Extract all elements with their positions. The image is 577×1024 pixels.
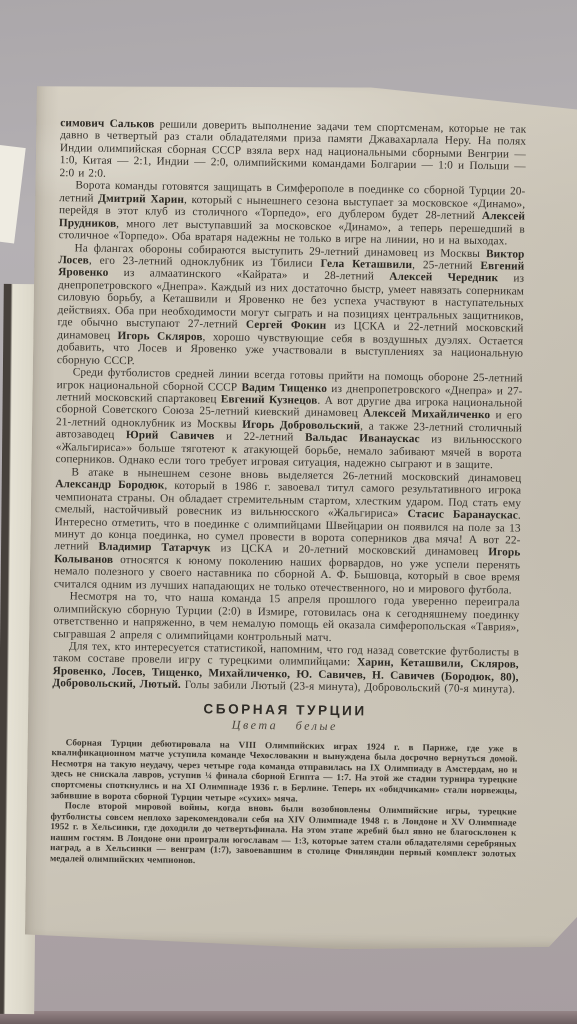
paragraph: В атаке в нынешнем сезоне вновь выделяет…	[54, 466, 522, 597]
underlying-paper-corner	[0, 145, 26, 244]
paragraph: На флангах обороны собираются выступить …	[57, 242, 525, 373]
paragraph: симович Сальков решили доверить выполнен…	[59, 117, 526, 186]
paragraph: Ворота команды готовятся защищать в Симф…	[59, 179, 526, 248]
page-content: симович Сальков решили доверить выполнен…	[26, 83, 577, 871]
table-edge-shadow	[0, 1011, 577, 1024]
paragraph: Сборная Турции дебютировала на VIII Олим…	[51, 737, 518, 807]
paragraph: Среди футболистов средней линии всегда г…	[55, 366, 522, 472]
paragraph: Для тех, кто интересуется статистикой, н…	[52, 640, 519, 696]
photo-background: { "article": { "paragraphs": [ "**симови…	[0, 0, 577, 1024]
article-body: симович Сальков решили доверить выполнен…	[52, 117, 526, 696]
paragraph: После второй мировой войны, когда вновь …	[50, 800, 517, 870]
paragraph: Несмотря на то, что наша команда 15 апре…	[53, 590, 520, 646]
programme-page: симович Сальков решили доверить выполнен…	[25, 83, 577, 953]
section-body: Сборная Турции дебютировала на VIII Олим…	[50, 737, 518, 870]
